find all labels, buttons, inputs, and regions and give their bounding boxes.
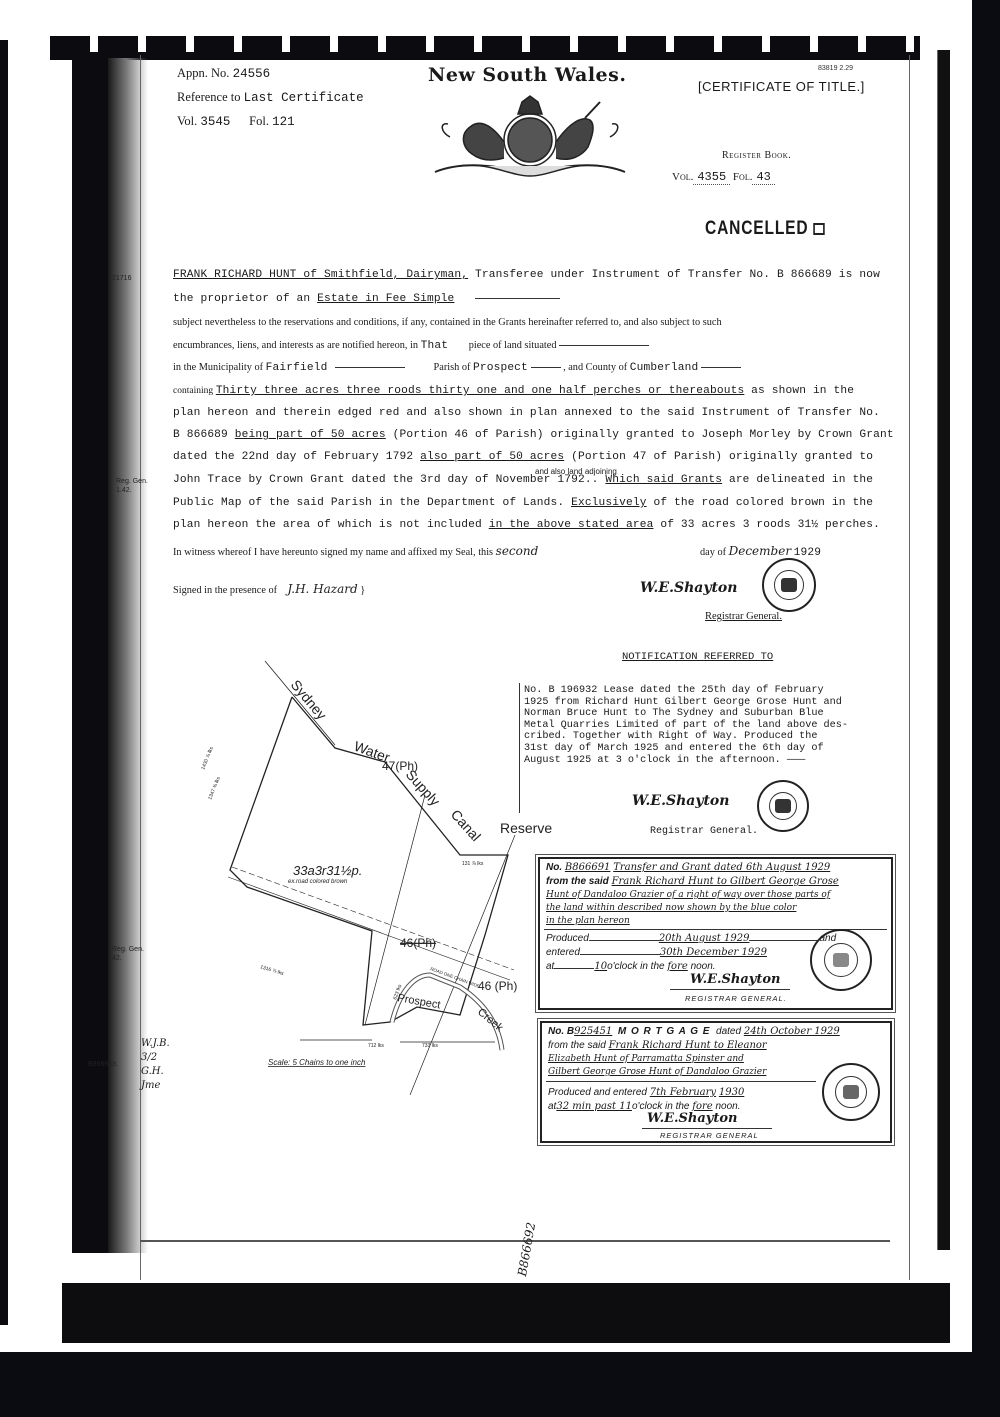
dealing2-signature: W.E.Shayton: [647, 1111, 737, 1126]
dealing1-noon-value: fore: [667, 961, 687, 972]
county-label: , and County of: [563, 362, 627, 373]
body-line-10: John Trace by Crown Grant dated the 3rd …: [173, 474, 873, 486]
blank-line: [475, 298, 560, 299]
witness-month: December: [729, 544, 791, 558]
land-plan-map: Sydney Water Supply Canal Reserve 47(Ph)…: [160, 655, 580, 1125]
dealing1-desc-1: Transfer and Grant dated 6th August 1929: [613, 862, 830, 873]
map-label-reserve: Reserve: [500, 820, 552, 836]
dealing1-produced-value: 20th August 1929: [659, 933, 750, 944]
line8-ul: being part of 50 acres: [235, 429, 386, 441]
dealing1-entered-value: 30th December 1929: [660, 947, 767, 958]
witness-signature: J.H. Hazard: [287, 582, 357, 596]
dealing1-signature: W.E.Shayton: [690, 972, 780, 987]
body-line-2: the proprietor of an Estate in Fee Simpl…: [173, 293, 560, 305]
line1-text: Transferee under Instrument of Transfer …: [468, 269, 880, 281]
blank-line: [335, 367, 405, 368]
dealing1-registrar-label: REGISTRAR GENERAL.: [685, 994, 787, 1003]
body-line-6: containing Thirty three acres three rood…: [173, 384, 854, 397]
dealing2-dated-label: dated: [716, 1026, 741, 1037]
body-line-9: dated the 22nd day of February 1792 also…: [173, 451, 873, 463]
parish-value: Prospect: [473, 362, 528, 374]
map-portion-47: 47(Ph): [382, 759, 418, 773]
map-bearing: 1347 ⅝ lks: [207, 776, 222, 801]
map-label-creek: Creek: [475, 1006, 506, 1034]
scan-bottom-background: [0, 1352, 1000, 1417]
blank-line: [531, 367, 561, 368]
line2-prefix: the proprietor of an: [173, 293, 317, 305]
dealing2-sig-rule: [642, 1128, 772, 1129]
line6-rest: as shown in the: [744, 385, 854, 397]
presence-line: Signed in the presence of J.H. Hazard }: [173, 582, 365, 596]
municipality-label: in the Municipality of: [173, 362, 263, 373]
registrar-seal-icon: [762, 558, 816, 612]
body-line-8: B 866689 being part of 50 acres (Portion…: [173, 429, 894, 441]
register-vol-label: Vol.: [672, 171, 693, 183]
line12-ul: in the above stated area: [489, 519, 654, 531]
line12-a: plan hereon the area of which is not inc…: [173, 519, 489, 531]
reference-value: Last Certificate: [244, 91, 364, 105]
signed-presence-label: Signed in the presence of: [173, 585, 277, 596]
dealing2-type: M O R T G A G E: [618, 1026, 711, 1037]
dealing2-seal-icon: [822, 1063, 880, 1121]
dealing1-sig-rule: [670, 989, 790, 990]
line10-b: are delineated in the: [722, 474, 873, 486]
dealing2-produced-value: 7th February: [650, 1087, 716, 1098]
county-value: Cumberland: [630, 362, 699, 374]
map-label-canal: Canal: [448, 806, 484, 844]
map-area: 33a3r31½p.: [293, 863, 362, 878]
form-code: 83819 2.29: [818, 65, 853, 72]
area-description: Thirty three acres three roods thirty on…: [216, 385, 745, 397]
body-line-1: FRANK RICHARD HUNT of Smithfield, Dairym…: [173, 269, 880, 281]
margin-initials: W.J.B. 3/2 G.H. Jme: [141, 1037, 170, 1093]
page-bottom-rule: [140, 1240, 890, 1242]
body-line-3: subject nevertheless to the reservations…: [173, 317, 722, 328]
fol-value: 121: [272, 115, 295, 129]
margin-note-b866683: B866683.: [88, 1060, 118, 1069]
dealing2-desc-1: Frank Richard Hunt to Eleanor: [609, 1040, 767, 1051]
dealing-mortgage-box: No. B925451 M O R T G A G E dated 24th O…: [540, 1021, 892, 1143]
blank-line: [559, 345, 649, 346]
witness-date: day of December 1929: [700, 544, 821, 559]
proprietor-name: FRANK RICHARD HUNT of Smithfield, Dairym…: [173, 269, 468, 281]
line9-b: (Portion 47 of Parish) originally grante…: [564, 451, 873, 463]
notification-title: NOTIFICATION REFERRED TO: [622, 651, 773, 663]
scan-right-border: [928, 50, 950, 1250]
coat-of-arms-icon: [430, 92, 630, 182]
line11-a: Public Map of the said Parish in the Dep…: [173, 497, 571, 509]
reference-label: Reference to: [177, 90, 241, 104]
line11-ul: Exclusively: [571, 497, 647, 509]
line4-a: encumbrances, liens, and interests as ar…: [173, 340, 418, 351]
day-of-label: day of: [700, 547, 726, 558]
line4-that: That: [421, 340, 448, 352]
witness-text: In witness whereof I have hereunto signe…: [173, 547, 493, 558]
scan-right-background: [972, 0, 1000, 1417]
line10-a: John Trace by Crown Grant dated the 3rd …: [173, 474, 605, 486]
register-vol-fol: Vol.4355 Fol.43: [672, 170, 775, 184]
vol-label: Vol.: [177, 114, 197, 128]
dealing1-at-value: 10: [594, 961, 607, 972]
dealing2-produced-year: 1930: [719, 1087, 744, 1098]
dealing1-desc-2: Frank Richard Hunt to Gilbert George Gro…: [612, 876, 839, 887]
dealing1-oclock-label: o'clock in the: [607, 961, 665, 972]
margin-note-21716: 21716: [112, 274, 131, 283]
notification-seal-icon: [757, 780, 809, 832]
dealing2-divider: [546, 1081, 816, 1082]
estate-type: Estate in Fee Simple: [317, 293, 454, 305]
line10-ul: Which said Grants: [605, 474, 722, 486]
fol-label: Fol.: [249, 114, 269, 128]
map-bearing: 1316 ⅞ lks: [259, 964, 284, 977]
register-fol-label: Fol.: [733, 171, 753, 183]
parish-label: Parish of: [434, 362, 471, 373]
registrar-label: Registrar General.: [705, 611, 782, 622]
containing-label: containing: [173, 386, 213, 396]
appn-number: 24556: [233, 67, 271, 81]
body-line-12: plan hereon the area of which is not inc…: [173, 519, 880, 531]
dealing-transfer-box: No. B866691 Transfer and Grant dated 6th…: [538, 857, 893, 1010]
scan-left-border: [72, 58, 110, 1253]
dealing2-dated-value: 24th October 1929: [744, 1026, 840, 1037]
line11-b: of the road colored brown in the: [647, 497, 874, 509]
margin-note-reg-gen-1: Reg. Gen. 1.42.: [116, 477, 148, 495]
witness-day: second: [496, 544, 539, 558]
map-scale: Scale: 5 Chains to one inch: [268, 1058, 366, 1067]
header-reference-block: Appn. No. 24556 Reference to Last Certif…: [177, 62, 364, 134]
body-line-11: Public Map of the said Parish in the Dep…: [173, 497, 873, 509]
map-bearing: 733 lks: [422, 1043, 438, 1049]
map-area-note: ex.road colored brown: [288, 879, 348, 885]
dealing1-seal-icon: [810, 929, 872, 991]
register-vol-value: 4355: [693, 170, 730, 185]
state-title: New South Wales.: [428, 64, 626, 86]
cancelled-stamp: CANCELLED: [705, 218, 825, 240]
vol-value: 3545: [200, 115, 230, 129]
body-line-7: plan hereon and therein edged red and al…: [173, 407, 880, 419]
line8-a: B 866689: [173, 429, 235, 441]
dealing2-registrar-label: REGISTRAR GENERAL: [660, 1131, 759, 1140]
witness-line: In witness whereof I have hereunto signe…: [173, 544, 538, 558]
map-bearing: 1430 ⅞ lks: [200, 746, 215, 771]
dealing1-noon-label: noon.: [691, 961, 716, 972]
line9-ul: also part of 50 acres: [420, 451, 564, 463]
margin-note-reg-gen-2: Reg. Gen. 42.: [112, 945, 144, 963]
line9-a: dated the 22nd day of February 1792: [173, 451, 420, 463]
appn-label: Appn. No.: [177, 66, 229, 80]
certificate-title: [CERTIFICATE OF TITLE.]: [698, 79, 865, 94]
municipality-value: Fairfield: [266, 362, 328, 374]
map-bearing: 131 ⅞ lks: [462, 861, 484, 867]
line12-b: of 33 acres 3 roods 31½ perches.: [653, 519, 880, 531]
map-bearing: 712 lks: [368, 1043, 384, 1049]
notification-signature: W.E.Shayton: [632, 793, 729, 809]
register-book-label: Register Book.: [722, 150, 791, 161]
line8-b: (Portion 46 of Parish) originally grante…: [386, 429, 894, 441]
body-line-4: encumbrances, liens, and interests as ar…: [173, 340, 649, 352]
cancelled-box-icon: [814, 223, 825, 235]
dealing1-desc-4: the land within described now shown by t…: [546, 903, 796, 913]
dealing2-desc-3: Gilbert George Grose Hunt of Dandaloo Gr…: [548, 1067, 766, 1077]
scan-bottom-shadow: [62, 1283, 950, 1343]
dealing1-desc-3: Hunt of Dandaloo Grazier of a right of w…: [546, 890, 830, 900]
map-portion-46: 46 (Ph): [478, 979, 517, 993]
register-fol-value: 43: [752, 170, 774, 185]
witness-year: 1929: [794, 547, 821, 559]
registrar-signature: W.E.Shayton: [640, 580, 737, 596]
map-label-prospect: Prospect: [396, 992, 441, 1011]
body-line-5: in the Municipality of Fairfield Parish …: [173, 362, 741, 374]
cancelled-text: CANCELLED: [705, 218, 808, 239]
map-portion-46-struck: 46(Ph): [400, 936, 436, 950]
line4-b: piece of land situated: [469, 340, 557, 351]
notification-registrar-label: Registrar General.: [650, 826, 758, 837]
blank-line: [701, 367, 741, 368]
scan-edge-left: [0, 40, 8, 1325]
